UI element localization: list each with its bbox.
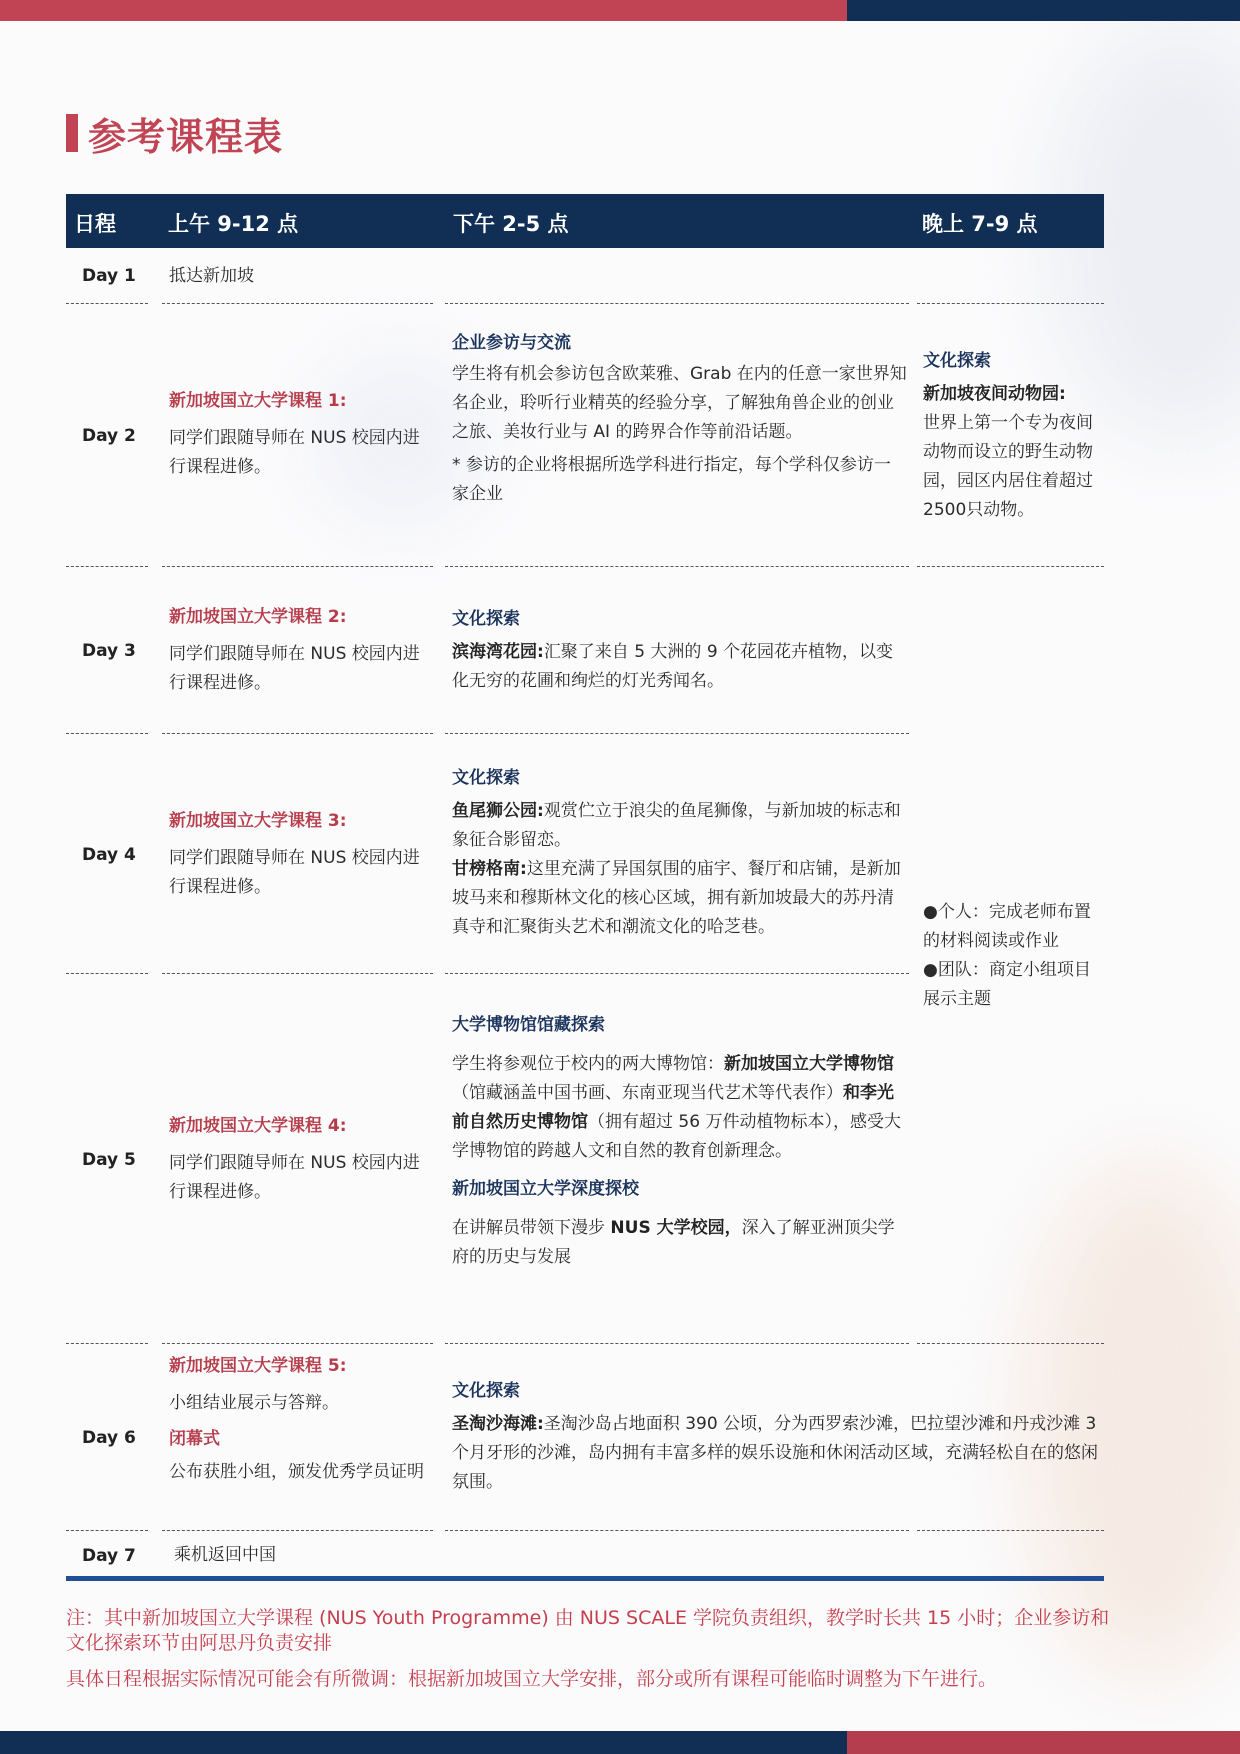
day6-afternoon-evening: 文化探索 圣淘沙海滩:圣淘沙岛占地面积 390 公顷，分为西罗索沙滩，巴拉望沙滩…	[452, 1378, 1102, 1497]
header-evening: 晚上 7-9 点	[922, 208, 1038, 238]
day4-morning: 新加坡国立大学课程 3: 同学们跟随导师在 NUS 校园内进行课程进修。	[169, 808, 431, 902]
course-heading: 新加坡国立大学课程 3:	[169, 808, 431, 834]
header-schedule: 日程	[74, 208, 116, 238]
row-divider	[66, 1343, 148, 1344]
row-divider	[66, 733, 148, 734]
row-divider	[917, 1530, 1104, 1531]
day-label: Day 1	[82, 266, 136, 286]
day6-morning: 新加坡国立大学课程 5: 小组结业展示与答辩。 闭幕式 公布获胜小组，颁发优秀学…	[169, 1353, 431, 1487]
header-morning: 上午 9-12 点	[168, 208, 298, 238]
table-bottom-rule	[66, 1576, 1104, 1581]
place-name: 滨海湾花园:	[452, 642, 544, 662]
bottom-color-bar	[0, 1731, 1240, 1754]
day-label: Day 7	[82, 1546, 136, 1566]
row-divider	[162, 566, 433, 567]
course-heading: 新加坡国立大学课程 1:	[169, 388, 431, 414]
ceremony-heading: 闭幕式	[169, 1426, 431, 1452]
day3-afternoon: 文化探索 滨海湾花园:汇聚了来自 5 大洲的 9 个花园花卉植物，以变化无穷的花…	[452, 606, 907, 696]
bullet-icon: ●	[923, 960, 938, 980]
course-description: 小组结业展示与答辩。	[169, 1389, 431, 1418]
day4-afternoon: 文化探索 鱼尾狮公园:观赏伫立于浪尖的鱼尾狮像，与新加坡的标志和象征合影留恋。 …	[452, 765, 907, 942]
course-description: 同学们跟随导师在 NUS 校园内进行课程进修。	[169, 424, 431, 482]
row-divider	[445, 1530, 909, 1531]
row-divider	[917, 303, 1104, 304]
row-divider	[162, 733, 433, 734]
row-divider	[445, 1343, 909, 1344]
activity-note: * 参访的企业将根据所选学科进行指定，每个学科仅参访一家企业	[452, 451, 907, 509]
row-divider	[445, 303, 909, 304]
row-divider	[162, 303, 433, 304]
row-divider	[162, 1530, 433, 1531]
course-description: 同学们跟随导师在 NUS 校园内进行课程进修。	[169, 844, 431, 902]
course-heading: 新加坡国立大学课程 5:	[169, 1353, 431, 1379]
day7-morning: 乘机返回中国	[174, 1541, 276, 1570]
row-divider	[445, 973, 909, 974]
row-divider	[162, 1343, 433, 1344]
course-description: 同学们跟随导师在 NUS 校园内进行课程进修。	[169, 640, 431, 698]
activity-heading: 企业参访与交流	[452, 330, 907, 356]
day-label: Day 2	[82, 426, 136, 446]
day3-morning: 新加坡国立大学课程 2: 同学们跟随导师在 NUS 校园内进行课程进修。	[169, 604, 431, 698]
table-header: 日程 上午 9-12 点 下午 2-5 点 晚上 7-9 点	[66, 194, 1104, 248]
course-description: 同学们跟随导师在 NUS 校园内进行课程进修。	[169, 1149, 431, 1207]
row-divider	[66, 566, 148, 567]
day-label: Day 6	[82, 1428, 136, 1448]
activity-heading: 文化探索	[452, 606, 907, 632]
ceremony-description: 公布获胜小组，颁发优秀学员证明	[169, 1458, 431, 1487]
day-label: Day 4	[82, 845, 136, 865]
place-name: 新加坡夜间动物园:	[923, 380, 1103, 409]
place-name: 鱼尾狮公园:	[452, 801, 544, 821]
day5-morning: 新加坡国立大学课程 4: 同学们跟随导师在 NUS 校园内进行课程进修。	[169, 1113, 431, 1207]
activity-description: 圣淘沙岛占地面积 390 公顷，分为西罗索沙滩，巴拉望沙滩和丹戎沙滩 3 个月牙…	[452, 1414, 1098, 1492]
activity-heading: 大学博物馆馆藏探索	[452, 1012, 907, 1038]
bullet-icon: ●	[923, 902, 938, 922]
activity-description: 世界上第一个专为夜间动物而设立的野生动物园，园区内居住着超过2500只动物。	[923, 409, 1103, 525]
campus-name: NUS 大学校园，	[610, 1218, 741, 1238]
day-label: Day 3	[82, 641, 136, 661]
museum-name: 新加坡国立大学博物馆	[724, 1054, 894, 1074]
top-color-bar	[0, 0, 1240, 21]
row-divider	[66, 973, 148, 974]
header-afternoon: 下午 2-5 点	[453, 208, 569, 238]
row-divider	[66, 1530, 148, 1531]
evening-self-study: ●个人：完成老师布置的材料阅读或作业 ●团队：商定小组项目展示主题	[923, 898, 1103, 1014]
row-divider	[66, 303, 148, 304]
activity-heading: 新加坡国立大学深度探校	[452, 1176, 907, 1202]
place-name: 甘榜格南:	[452, 859, 527, 879]
day1-morning: 抵达新加坡	[169, 262, 254, 291]
evening-item: ●个人：完成老师布置的材料阅读或作业	[923, 898, 1103, 956]
footnote-schedule-change: 具体日程根据实际情况可能会有所微调：根据新加坡国立大学安排，部分或所有课程可能临…	[66, 1667, 1166, 1692]
evening-item: ●团队：商定小组项目展示主题	[923, 956, 1103, 1014]
activity-heading: 文化探索	[923, 348, 1103, 374]
row-divider	[917, 1343, 1104, 1344]
day-label: Day 5	[82, 1150, 136, 1170]
row-divider	[162, 973, 433, 974]
activity-heading: 文化探索	[452, 1378, 1102, 1404]
course-heading: 新加坡国立大学课程 4:	[169, 1113, 431, 1139]
place-name: 圣淘沙海滩:	[452, 1414, 544, 1434]
page-title: 参考课程表	[66, 110, 283, 156]
title-accent-bar	[66, 114, 78, 152]
footnote-organizer: 注：其中新加坡国立大学课程 (NUS Youth Programme) 由 NU…	[66, 1606, 1126, 1656]
row-divider	[445, 733, 909, 734]
course-heading: 新加坡国立大学课程 2:	[169, 604, 431, 630]
activity-description: 学生将有机会参访包含欧莱雅、Grab 在内的任意一家世界知名企业，聆听行业精英的…	[452, 360, 907, 447]
row-divider	[917, 566, 1104, 567]
day2-morning: 新加坡国立大学课程 1: 同学们跟随导师在 NUS 校园内进行课程进修。	[169, 388, 431, 482]
day2-evening: 文化探索 新加坡夜间动物园: 世界上第一个专为夜间动物而设立的野生动物园，园区内…	[923, 348, 1103, 525]
day5-afternoon: 大学博物馆馆藏探索 学生将参观位于校内的两大博物馆：新加坡国立大学博物馆（馆藏涵…	[452, 1012, 907, 1272]
activity-heading: 文化探索	[452, 765, 907, 791]
row-divider	[445, 566, 909, 567]
day2-afternoon: 企业参访与交流 学生将有机会参访包含欧莱雅、Grab 在内的任意一家世界知名企业…	[452, 330, 907, 509]
